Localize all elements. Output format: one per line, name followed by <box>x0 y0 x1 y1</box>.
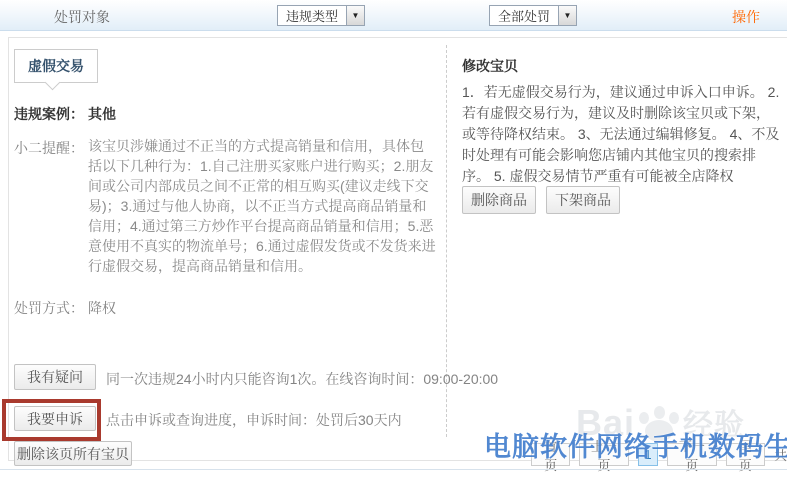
pagination-total-text: 共 <box>774 445 787 464</box>
violation-case-value: 其他 <box>88 104 116 124</box>
all-penalties-dropdown[interactable]: 全部处罚 ▼ <box>489 5 577 26</box>
violation-penalty-page: 处罚对象 违规类型 ▼ 全部处罚 ▼ 操作 虚假交易 违规案例： 其他 小二提醒… <box>0 0 787 482</box>
pagination-prev-button[interactable]: 上一页 <box>579 443 628 466</box>
appeal-button[interactable]: 我要申诉 <box>14 406 96 431</box>
column-action: 操作 <box>732 7 760 27</box>
pagination-last-button[interactable]: 尾页 <box>726 443 765 466</box>
reminder-text: 该宝贝涉嫌通过不正当的方式提高销量和信用，具体包括以下几种行为：1.自己注册买家… <box>88 136 436 276</box>
chevron-down-icon[interactable]: ▼ <box>558 6 576 25</box>
modify-item-instructions: 1．若无虚假交易行为，建议通过申诉入口申诉。 2.若有虚假交易行为，建议及时删除… <box>462 82 782 187</box>
penalty-method-label: 处罚方式： <box>14 298 84 318</box>
question-note: 同一次违规24小时内只能咨询1次。在线咨询时间：09:00-20:00 <box>106 369 498 389</box>
pagination: 首页 上一页 1 下一页 尾页 共 <box>522 443 787 466</box>
tab-fake-transaction-label: 虚假交易 <box>28 56 84 76</box>
modify-item-title: 修改宝贝 <box>462 56 518 76</box>
chevron-down-icon[interactable]: ▼ <box>346 6 364 25</box>
delete-page-items-button[interactable]: 删除该页所有宝贝 <box>14 441 132 466</box>
penalty-method-value: 降权 <box>88 298 116 318</box>
delete-item-button[interactable]: 删除商品 <box>462 186 536 214</box>
appeal-note: 点击申诉或查询进度，申诉时间：处罚后30天内 <box>106 410 402 430</box>
page-bottom-divider <box>0 469 787 470</box>
tab-fake-transaction[interactable]: 虚假交易 <box>14 49 98 83</box>
unshelve-item-button[interactable]: 下架商品 <box>546 186 620 214</box>
violation-type-dropdown[interactable]: 违规类型 ▼ <box>277 5 365 26</box>
all-penalties-dropdown-value: 全部处罚 <box>490 6 558 25</box>
pagination-next-button[interactable]: 下一页 <box>667 443 716 466</box>
column-penalty-target: 处罚对象 <box>54 7 110 27</box>
have-question-button[interactable]: 我有疑问 <box>14 364 96 390</box>
violation-case-label: 违规案例： <box>14 104 84 124</box>
filter-bar: 处罚对象 违规类型 ▼ 全部处罚 ▼ 操作 <box>0 0 787 31</box>
pagination-first-button[interactable]: 首页 <box>531 443 570 466</box>
violation-type-dropdown-value: 违规类型 <box>278 6 346 25</box>
reminder-label: 小二提醒： <box>14 138 84 158</box>
pagination-current-page[interactable]: 1 <box>638 443 659 466</box>
